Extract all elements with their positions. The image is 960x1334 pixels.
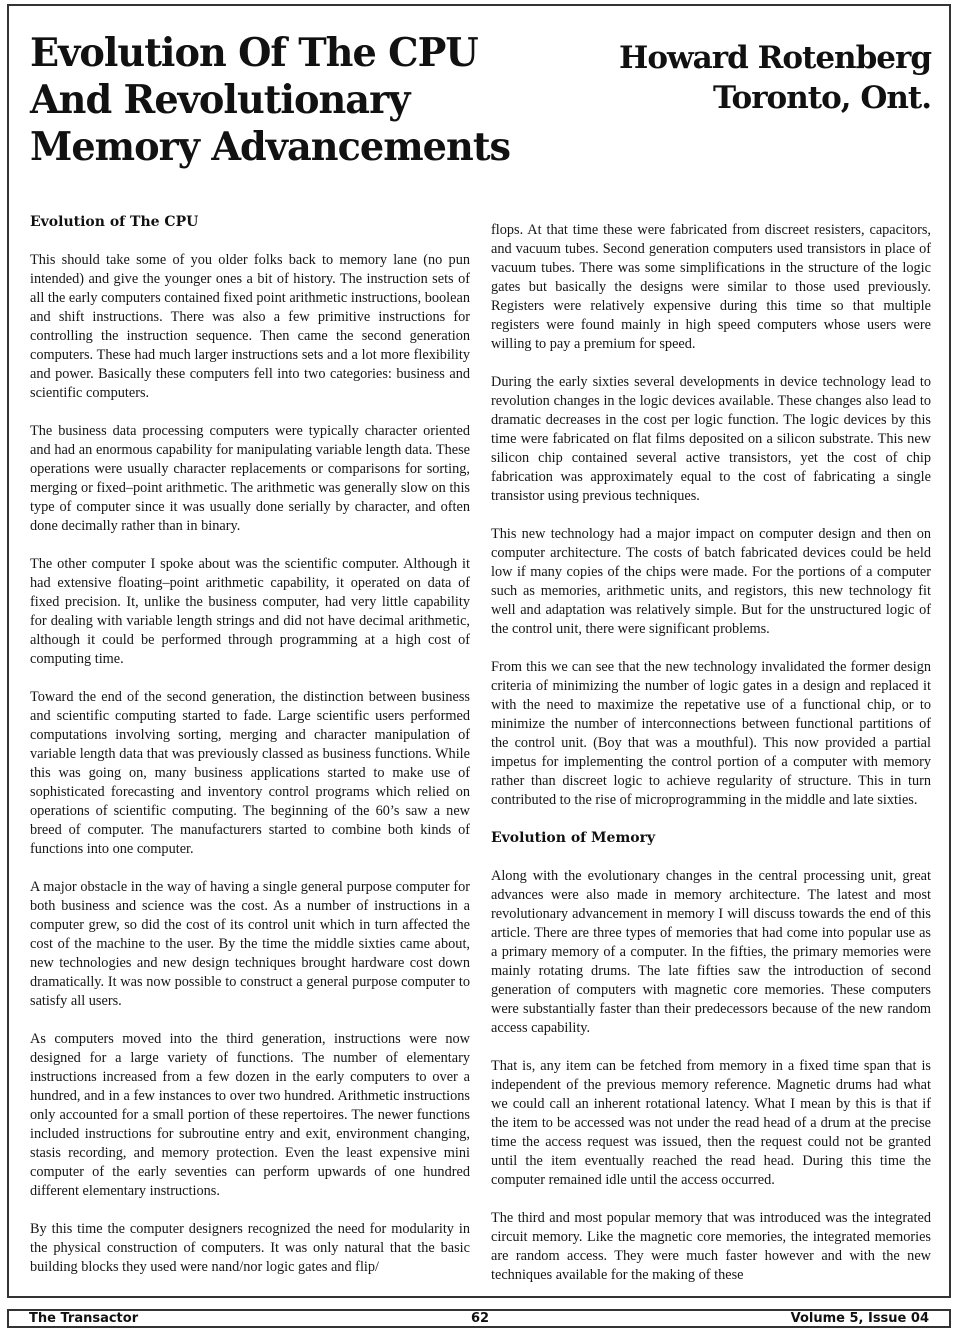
paragraph: As computers moved into the third genera… [30,1030,470,1201]
byline: Howard Rotenberg Toronto, Ont. [619,38,931,118]
issue-label: Volume 5, Issue 04 [791,1311,929,1326]
paragraph: This new technology had a major impact o… [491,525,931,639]
section-heading-memory: Evolution of Memory [491,829,931,848]
page-footer: The Transactor 62 Volume 5, Issue 04 [7,1309,951,1328]
paragraph: Toward the end of the second generation,… [30,688,470,859]
paragraph: This should take some of you older folks… [30,251,470,403]
page-number: 62 [471,1311,489,1326]
paragraph: From this we can see that the new techno… [491,658,931,810]
paragraph: During the early sixties several develop… [491,373,931,506]
title-line-1: Evolution Of The CPU [30,30,510,77]
paragraph: Along with the evolutionary changes in t… [491,867,931,1038]
left-column: Evolution of The CPU This should take so… [30,213,470,1296]
paragraph: By this time the computer designers reco… [30,1220,470,1277]
right-column: flops. At that time these were fabricate… [491,221,931,1304]
paragraph: flops. At that time these were fabricate… [491,221,931,354]
paragraph: The business data processing computers w… [30,422,470,536]
title-line-2: And Revolutionary [30,77,510,124]
article-title: Evolution Of The CPU And Revolutionary M… [30,30,510,171]
author-name: Howard Rotenberg [619,38,931,78]
author-location: Toronto, Ont. [619,78,931,118]
section-heading-cpu: Evolution of The CPU [30,213,470,232]
paragraph: The third and most popular memory that w… [491,1209,931,1285]
paragraph: The other computer I spoke about was the… [30,555,470,669]
paragraph: That is, any item can be fetched from me… [491,1057,931,1190]
publication-name: The Transactor [29,1311,138,1326]
paragraph: A major obstacle in the way of having a … [30,878,470,1011]
title-line-3: Memory Advancements [30,124,510,171]
